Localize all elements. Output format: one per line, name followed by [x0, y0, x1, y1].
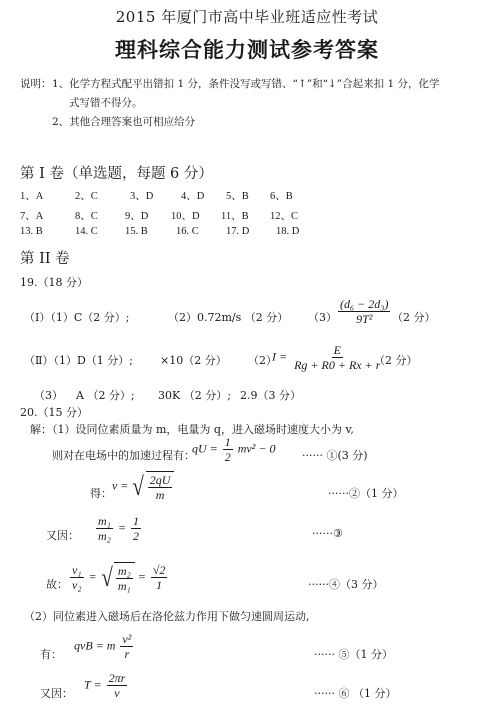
- answer-16: 16. C: [176, 226, 199, 237]
- answer-15: 15. B: [125, 226, 148, 237]
- answer-8: 8、C: [75, 208, 98, 223]
- answer-13: 13. B: [20, 226, 43, 237]
- answer-3: 3、D: [130, 188, 153, 203]
- q20-eq3-text: 又因：: [46, 527, 79, 543]
- answer-18: 18. D: [276, 226, 299, 237]
- q19-I-1: （Ⅰ）（1）C（2 分）;: [24, 309, 129, 325]
- note-item-1-cont: 式写错不得分。: [69, 95, 143, 110]
- part1-heading: 第 I 卷（单选题，每题 6 分）: [20, 162, 213, 183]
- q20-eq4-text: 故：: [46, 576, 68, 592]
- q20-part2-intro: （2）同位素进入磁场后在洛伦兹力作用下做匀速圆周运动,: [24, 608, 310, 624]
- answer-key-title: 理科综合能力测试参考答案: [0, 34, 494, 64]
- q20-eq5-mark: ······ ⑤（1 分）: [314, 646, 393, 662]
- exam-title: 2015 年厦门市高中毕业班适应性考试: [0, 6, 494, 27]
- note-item-2: 2、其他合理答案也可相应给分: [52, 114, 195, 129]
- q19-I-3-score: （2 分）: [392, 309, 436, 325]
- part2-heading: 第 II 卷: [20, 247, 70, 268]
- answer-7: 7、A: [20, 208, 43, 223]
- q20-eq3-formula: m₁m₂ = 12: [94, 514, 143, 543]
- q20-eq1-formula: qU = 12 mv² − 0: [192, 435, 275, 464]
- answer-12: 12、C: [270, 208, 298, 223]
- q20-eq2-formula: v = √2qUm: [112, 471, 174, 502]
- answer-5: 5、B: [226, 188, 249, 203]
- q19-II-3-label: （3）: [34, 387, 63, 403]
- q19-II-x10: ×10（2 分）: [160, 352, 227, 368]
- q19-I-2: （2）0.72m/s （2 分）: [168, 309, 288, 325]
- q19-I-3-formula: (d₆ − 2d₃)9T²: [336, 297, 392, 326]
- answer-2: 2、C: [75, 188, 98, 203]
- q19-II-3-answer-30k: 30K （2 分）;: [158, 387, 231, 403]
- q19-label: 19.（18 分）: [20, 274, 88, 290]
- q20-eq5-formula: qvB = m v²r: [74, 632, 135, 661]
- answer-4: 4、D: [181, 188, 204, 203]
- q20-eq1-text: 则对在电场中的加速过程有：: [52, 447, 195, 463]
- answer-17: 17. D: [226, 226, 249, 237]
- q20-label: 20.（15 分）: [20, 404, 88, 420]
- q20-eq3-mark: ······③: [312, 527, 343, 540]
- q19-II-2-score: （2 分）: [374, 352, 418, 368]
- answer-14: 14. C: [75, 226, 98, 237]
- q19-I-3-label: （3）: [308, 309, 337, 325]
- q19-II-1: （Ⅱ）（1）D（1 分）;: [24, 352, 133, 368]
- q20-eq6-mark: ······ ⑥ （1 分）: [314, 685, 396, 701]
- answer-6: 6、B: [270, 188, 293, 203]
- q19-II-3-answer-29: 2.9（3 分）: [240, 387, 301, 403]
- q20-eq6-text: 又因：: [40, 685, 73, 701]
- note-item-1: 1、化学方程式配平出错扣 1 分，条件没写或写错、“↑”和“↓”合起来扣 1 分…: [52, 76, 439, 91]
- answer-11: 11、B: [221, 208, 249, 223]
- answer-10: 10、D: [171, 208, 200, 223]
- q19-II-3-answer-a: A （2 分）;: [76, 387, 135, 403]
- notes-label: 说明：: [20, 76, 52, 91]
- q20-eq2-text: 得：: [90, 485, 112, 501]
- answer-9: 9、D: [125, 208, 148, 223]
- q19-II-2-formula: I = ERg + R0 + Rx + r: [272, 343, 384, 372]
- q20-eq4-mark: ······④（3 分）: [308, 576, 383, 592]
- q20-eq5-text: 有：: [40, 646, 62, 662]
- q20-eq1-mark: ······ ①(3 分): [302, 447, 368, 463]
- q20-eq6-formula: T = 2πrv: [84, 671, 129, 700]
- q20-eq2-mark: ······②（1 分）: [328, 485, 403, 501]
- answer-1: 1、A: [20, 188, 43, 203]
- q20-eq4-formula: v₁v₂ = √m₂m₁ = √21: [68, 562, 169, 593]
